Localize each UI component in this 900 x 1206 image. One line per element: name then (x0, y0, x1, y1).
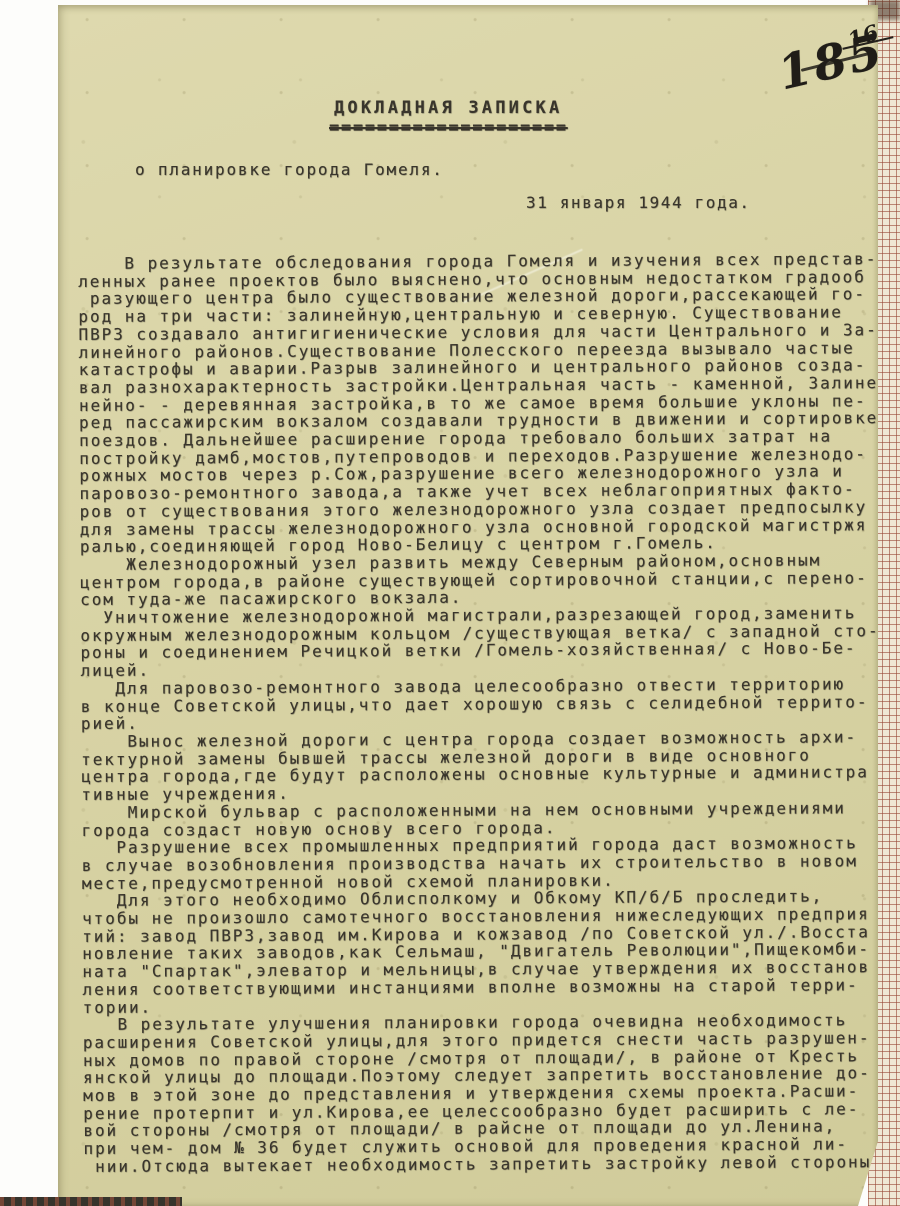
document-page: 185 ДОКЛАДНАЯ ЗАПИСКА ==================… (58, 5, 878, 1206)
scanned-document: 185 ДОКЛАДНАЯ ЗАПИСКА ==================… (0, 0, 900, 1206)
scan-bottom-edge (0, 1197, 182, 1206)
document-title: ДОКЛАДНАЯ ЗАПИСКА (334, 98, 562, 118)
document-subject: о планировке города Гомеля. (135, 160, 444, 179)
document-body-text: В результате обследования города Гомеля … (78, 250, 883, 1175)
title-underline: ==================== (329, 118, 568, 138)
document-date: 31 января 1944 года. (526, 193, 751, 212)
